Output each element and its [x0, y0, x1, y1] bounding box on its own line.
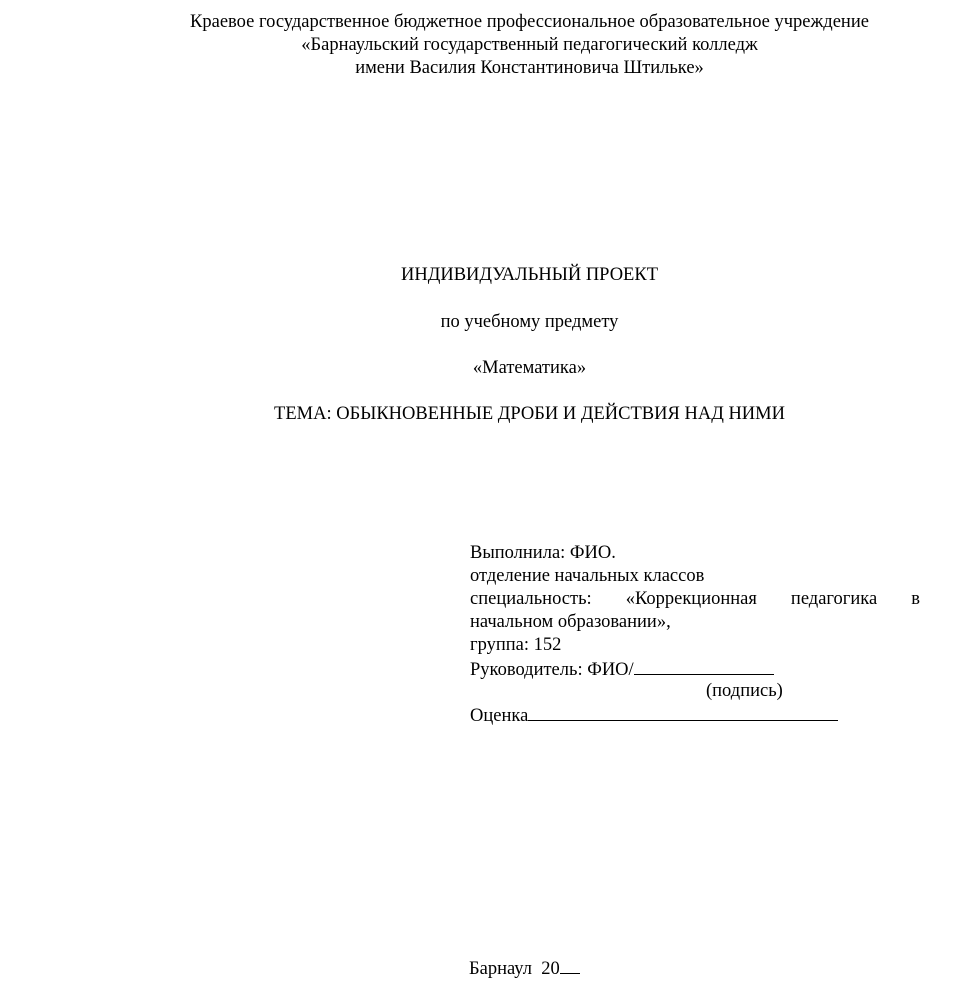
department: отделение начальных классов — [470, 565, 920, 588]
specialty-word: в — [911, 588, 920, 611]
grade-blank — [528, 703, 838, 721]
specialty-word: педагогика — [791, 588, 877, 611]
supervisor-label: Руководитель: ФИО/ — [470, 660, 634, 680]
institution-line-1: Краевое государственное бюджетное профес… — [0, 11, 979, 34]
grade-label: Оценка — [470, 706, 528, 726]
city-year: Барнаул 20 — [469, 956, 580, 981]
grade: Оценка — [470, 703, 920, 728]
specialty-continuation: начальном образовании», — [470, 611, 920, 634]
subject-name: «Математика» — [0, 357, 979, 380]
signature-blank — [634, 657, 774, 675]
specialty-word: «Коррекционная — [626, 588, 757, 611]
topic: ТЕМА: ОБЫКНОВЕННЫЕ ДРОБИ И ДЕЙСТВИЯ НАД … — [0, 403, 979, 426]
document-title: ИНДИВИДУАЛЬНЫЙ ПРОЕКТ — [0, 264, 979, 287]
performed-by: Выполнила: ФИО. — [470, 542, 920, 565]
city: Барнаул — [469, 959, 532, 979]
group: группа: 152 — [470, 634, 920, 657]
supervisor: Руководитель: ФИО/ — [470, 657, 920, 682]
institution-line-3: имени Василия Константиновича Штильке» — [0, 57, 979, 80]
specialty-word: специальность: — [470, 588, 592, 611]
year-blank — [560, 956, 580, 974]
signature-label: (подпись) — [706, 680, 783, 703]
year: 20 — [541, 959, 560, 979]
subtitle: по учебному предмету — [0, 311, 979, 334]
institution-line-2: «Барнаульский государственный педагогиче… — [0, 34, 979, 57]
specialty: специальность: «Коррекционная педагогика… — [470, 588, 920, 611]
